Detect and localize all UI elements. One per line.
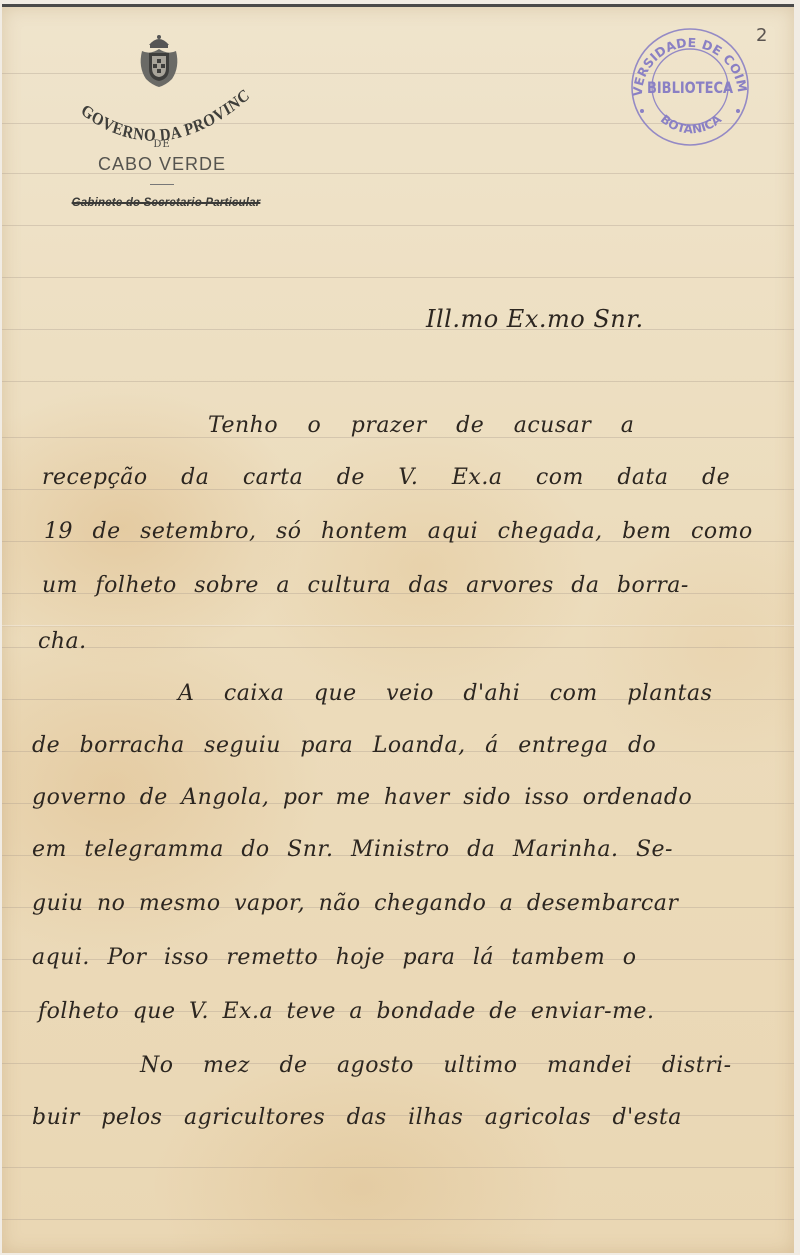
library-stamp: UNIVERSIDADE DE COIMBRA BIBLIOTECA BOTAN… (628, 25, 752, 149)
governo-text: GOVERNO DA PROVINCIA (62, 67, 253, 145)
svg-text:GOVERNO DA PROVINCIA: GOVERNO DA PROVINCIA (62, 67, 253, 145)
ruled-line (2, 381, 794, 382)
letterhead-struck-office: Gabinete do Secretario Particular (46, 197, 286, 209)
letter-line: aqui. Por isso remetto hoje para lá tamb… (32, 945, 637, 970)
page-number: 2 (756, 25, 767, 46)
stamp-botanica-text: BOTANICA (658, 112, 725, 137)
governo-arc-text: GOVERNO DA PROVINCIA (62, 67, 272, 147)
letterhead-divider (150, 184, 174, 185)
letter-line: recepção da carta de V. Ex.a com data de (42, 465, 730, 490)
letter-line: Tenho o prazer de acusar a (208, 413, 634, 438)
letter-line: em telegramma do Snr. Ministro da Marinh… (32, 837, 673, 862)
letter-line: No mez de agosto ultimo mandei distri- (140, 1053, 732, 1078)
letter-line: guiu no mesmo vapor, não chegando a dese… (32, 891, 678, 916)
letter-line: governo de Angola, por me haver sido iss… (32, 785, 692, 810)
letter-line: A caixa que veio d'ahi com plantas (178, 681, 712, 706)
stamp-biblioteca-text: BIBLIOTECA (647, 79, 734, 98)
letter-line: 19 de setembro, só hontem aqui chegada, … (44, 519, 753, 544)
letterhead-province: CABO VERDE (62, 154, 262, 175)
ruled-line (2, 647, 794, 648)
paper-fold (2, 625, 794, 627)
letter-line: folheto que V. Ex.a teve a bondade de en… (38, 999, 654, 1024)
letterhead-de: DE (62, 139, 262, 150)
ruled-line (2, 1219, 794, 1220)
ruled-line (2, 277, 794, 278)
ruled-line (2, 329, 794, 330)
letter-line: buir pelos agricultores das ilhas agrico… (32, 1105, 682, 1130)
letter-line: cha. (38, 629, 87, 654)
letter-page: GOVERNO DA PROVINCIA DE CABO VERDE Gabin… (2, 4, 794, 1253)
letter-line: de borracha seguiu para Loanda, á entreg… (32, 733, 656, 758)
svg-text:BOTANICA: BOTANICA (658, 112, 725, 137)
letter-line: um folheto sobre a cultura das arvores d… (42, 573, 689, 598)
ruled-line (2, 225, 794, 226)
salutation: Ill.mo Ex.mo Snr. (426, 305, 644, 333)
ruled-line (2, 1167, 794, 1168)
